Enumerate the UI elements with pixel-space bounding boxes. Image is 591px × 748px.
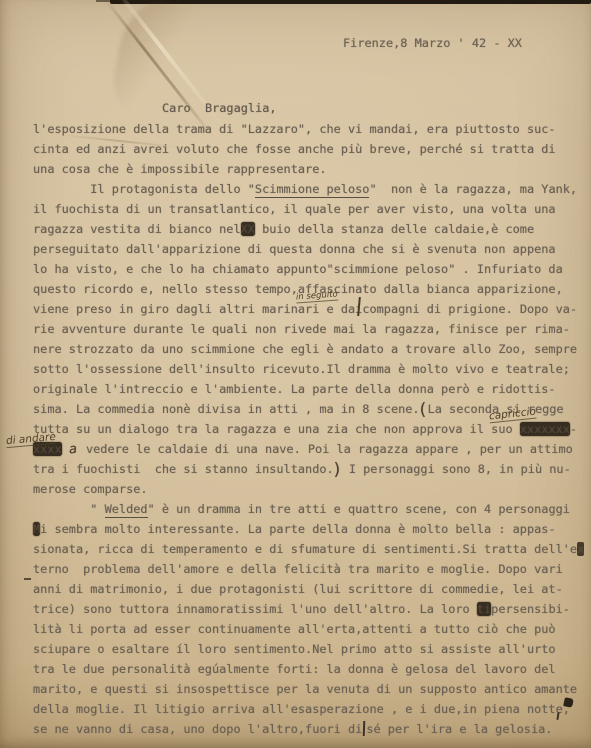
letter-line: Mi sembra molto interessante. La parte d…: [33, 519, 589, 539]
line-text: i sembra molto interessante. La parte de…: [40, 522, 555, 536]
line-text: persensibi-: [491, 602, 570, 616]
line-text: Il protagonista dello ": [33, 182, 255, 196]
line-text: " non è la ragazza, ma Yank,: [369, 182, 577, 196]
letter-line: trice) sono tuttora innamoratissimi l'un…: [33, 599, 589, 619]
letter-line: Il protagonista dello "Scimmione peloso"…: [33, 179, 589, 199]
line-text: sé per l'ira e la gelosia.: [366, 722, 552, 736]
letter-body: l'esposizione della trama di "Lazzaro", …: [33, 119, 589, 739]
line-text: tutta su un dialogo tra la ragazza e una…: [33, 422, 520, 436]
letter-line: perseguitato dall'apparizione di questa …: [33, 239, 589, 259]
letter-line: ragazza vestita di bianco nelXX buio del…: [33, 219, 589, 239]
line-text: -: [570, 422, 577, 436]
letter-line: lità li porta ad esser continuamente all…: [33, 619, 589, 639]
line-text: vedere le caldaie di una nave. Poi la ra…: [79, 442, 573, 456]
letter-line: cinta ed anzi avrei voluto che fosse anc…: [33, 139, 589, 159]
line-text: se ne vanno di casa, uno dopo l'altro,fu…: [33, 722, 362, 736]
line-text: tra i fuochisti che si stanno insultando…: [33, 462, 334, 476]
letter-line: sciupare o esaltare íl loro sentimento.N…: [33, 639, 589, 659]
letter-line: anni di matrimonio, i due protagonisti (…: [33, 579, 589, 599]
letter-line: originale l'intreccio e l'ambiente. La p…: [33, 379, 589, 399]
handwritten-inserted-a: a: [68, 440, 80, 461]
salutation: Caro Bragaglia,: [162, 101, 277, 115]
line-text: ": [33, 502, 105, 516]
letter-line: il fuochista di un transatlantico, il qu…: [33, 199, 589, 219]
line-text: buio della stanza delle caldaie,è come: [255, 222, 534, 236]
letter-line: merose comparse.: [33, 479, 589, 499]
line-text: ragazza vestita di bianco nel: [33, 222, 241, 236]
letter-line: sionata, ricca di temperamento e di sfum…: [33, 539, 589, 559]
letter-line: nere strozzato da uno scimmione che egli…: [33, 339, 589, 359]
line-text: viene preso in giro dagli altri marinari…: [33, 302, 355, 316]
underlined-title-welded: Welded: [105, 502, 148, 518]
margin-hyphen-mark: [24, 578, 31, 580]
letter-line: xxxx a vedere le caldaie di una nave. Po…: [33, 439, 589, 459]
letter-line: sotto l'ossessione dell'insulto ricevuto…: [33, 359, 589, 379]
line-text: sionata, ricca di temperamento e di sfum…: [33, 542, 577, 556]
pen-slashed-character: i: [355, 299, 362, 319]
line-text: " è un dramma in tre atti e quattro scen…: [148, 502, 570, 516]
struck-out-word: xxxxxxx: [520, 422, 570, 436]
letter-page: Firenze,8 Marzo ' 42 - XX Caro Bragaglia…: [0, 0, 591, 748]
struck-out-characters: XX: [241, 222, 255, 236]
letter-line: terno problema dell'amore e della felici…: [33, 559, 589, 579]
letter-line: della moglie. Il litigio arriva all'esas…: [33, 699, 589, 719]
letter-line: tutta su un dialogo tra la ragazza e una…: [33, 419, 589, 439]
letter-line: " Welded" è un dramma in tre atti e quat…: [33, 499, 589, 519]
line-text: compagni di prigione. Dopo va-: [362, 302, 577, 316]
dateline: Firenze,8 Marzo ' 42 - XX: [343, 36, 522, 50]
letter-line: tra i fuochisti che si stanno insultando…: [33, 459, 589, 479]
line-text: I personaggi sono 8, in più nu-: [342, 462, 571, 476]
letter-line: l'esposizione della trama di "Lazzaro", …: [33, 119, 589, 139]
letter-line: tra le due personalità egúalmente forti:…: [33, 659, 589, 679]
letter-line: una cosa che è impossibile rappresentare…: [33, 159, 589, 179]
overtyped-characters: ti: [477, 602, 491, 616]
underlined-title-scimmione-peloso: Scimmione peloso: [255, 182, 370, 198]
line-text: sima. La commedia nonè divisa in atti , …: [33, 402, 420, 416]
letter-line: marito, e questi si insospettisce per la…: [33, 679, 589, 699]
struck-out-character: x: [577, 542, 584, 556]
scan-edge-strip: [110, 0, 591, 4]
line-text: trice) sono tuttora innamoratissimi l'un…: [33, 602, 477, 616]
letter-line: se ne vanno di casa, uno dopo l'altro,fu…: [33, 719, 589, 739]
letter-line: rie avventure durante le quali non rived…: [33, 319, 589, 339]
letter-line: lo ha visto, e che lo ha chiamato appunt…: [33, 259, 589, 279]
